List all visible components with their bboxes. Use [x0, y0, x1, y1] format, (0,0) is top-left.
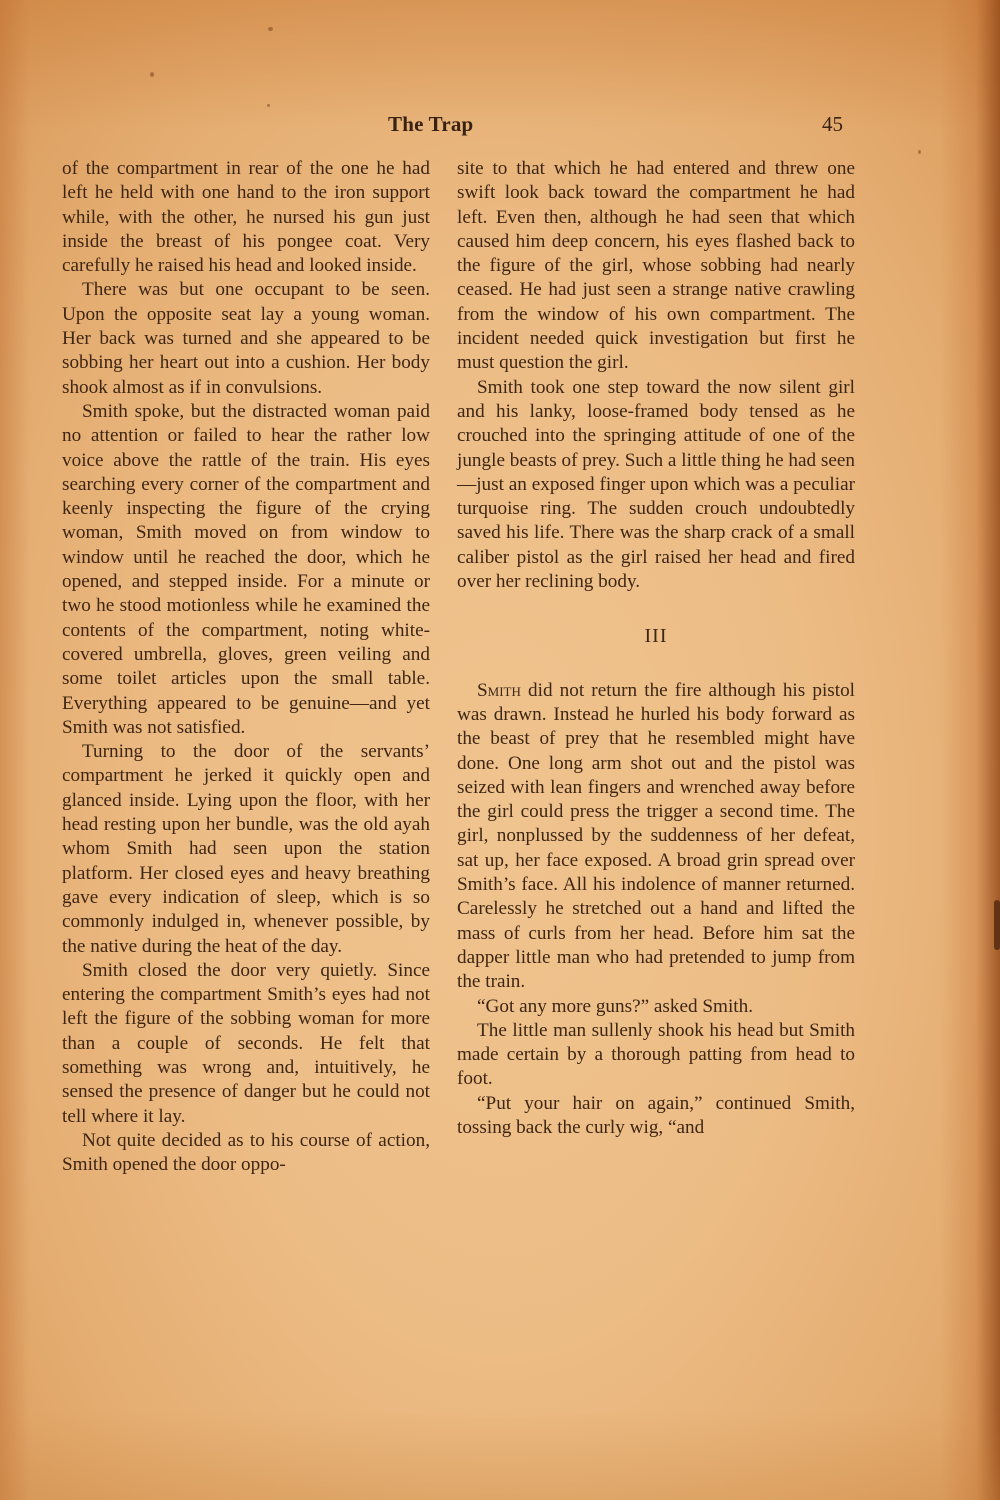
paragraph: “Put your hair on again,” continued Smit…: [457, 1092, 855, 1141]
section-lead-word: Smith: [477, 680, 521, 701]
left-column: of the compartment in rear of the one he…: [62, 157, 430, 1177]
paragraph: “Got any more guns?” asked Smith.: [457, 995, 855, 1019]
paragraph: Smith spoke, but the distracted woman pa…: [62, 400, 430, 740]
paper-speck: [268, 27, 273, 31]
paragraph: Smith did not return the fire although h…: [457, 679, 855, 995]
paper-speck: [918, 150, 921, 154]
paper-aging-top: [0, 0, 1000, 130]
paragraph: There was but one occupant to be seen. U…: [62, 278, 430, 399]
paragraph: Smith took one step toward the now silen…: [457, 376, 855, 595]
paper-aging-left: [0, 0, 30, 1500]
paragraph: of the compartment in rear of the one he…: [62, 157, 430, 278]
right-column: site to that which he had entered and th…: [457, 157, 855, 1140]
running-title: The Trap: [388, 112, 473, 137]
paper-speck: [994, 900, 1000, 950]
paper-aging-right: [940, 0, 1000, 1500]
paragraph: Turning to the door of the servants’ com…: [62, 740, 430, 959]
paragraph: Smith closed the door very quietly. Sinc…: [62, 959, 430, 1129]
paper-aging-bottom: [0, 1410, 1000, 1500]
paragraph: The little man sullenly shook his head b…: [457, 1019, 855, 1092]
paragraph: site to that which he had entered and th…: [457, 157, 855, 376]
paragraph: Not quite decided as to his course of ac…: [62, 1129, 430, 1178]
paper-speck: [150, 72, 154, 77]
page-number: 45: [822, 112, 843, 137]
section-heading: III: [457, 624, 855, 648]
running-head: The Trap 45: [0, 112, 1000, 142]
paper-speck: [267, 104, 270, 107]
paragraph-text: did not return the fire although his pis…: [457, 680, 855, 993]
